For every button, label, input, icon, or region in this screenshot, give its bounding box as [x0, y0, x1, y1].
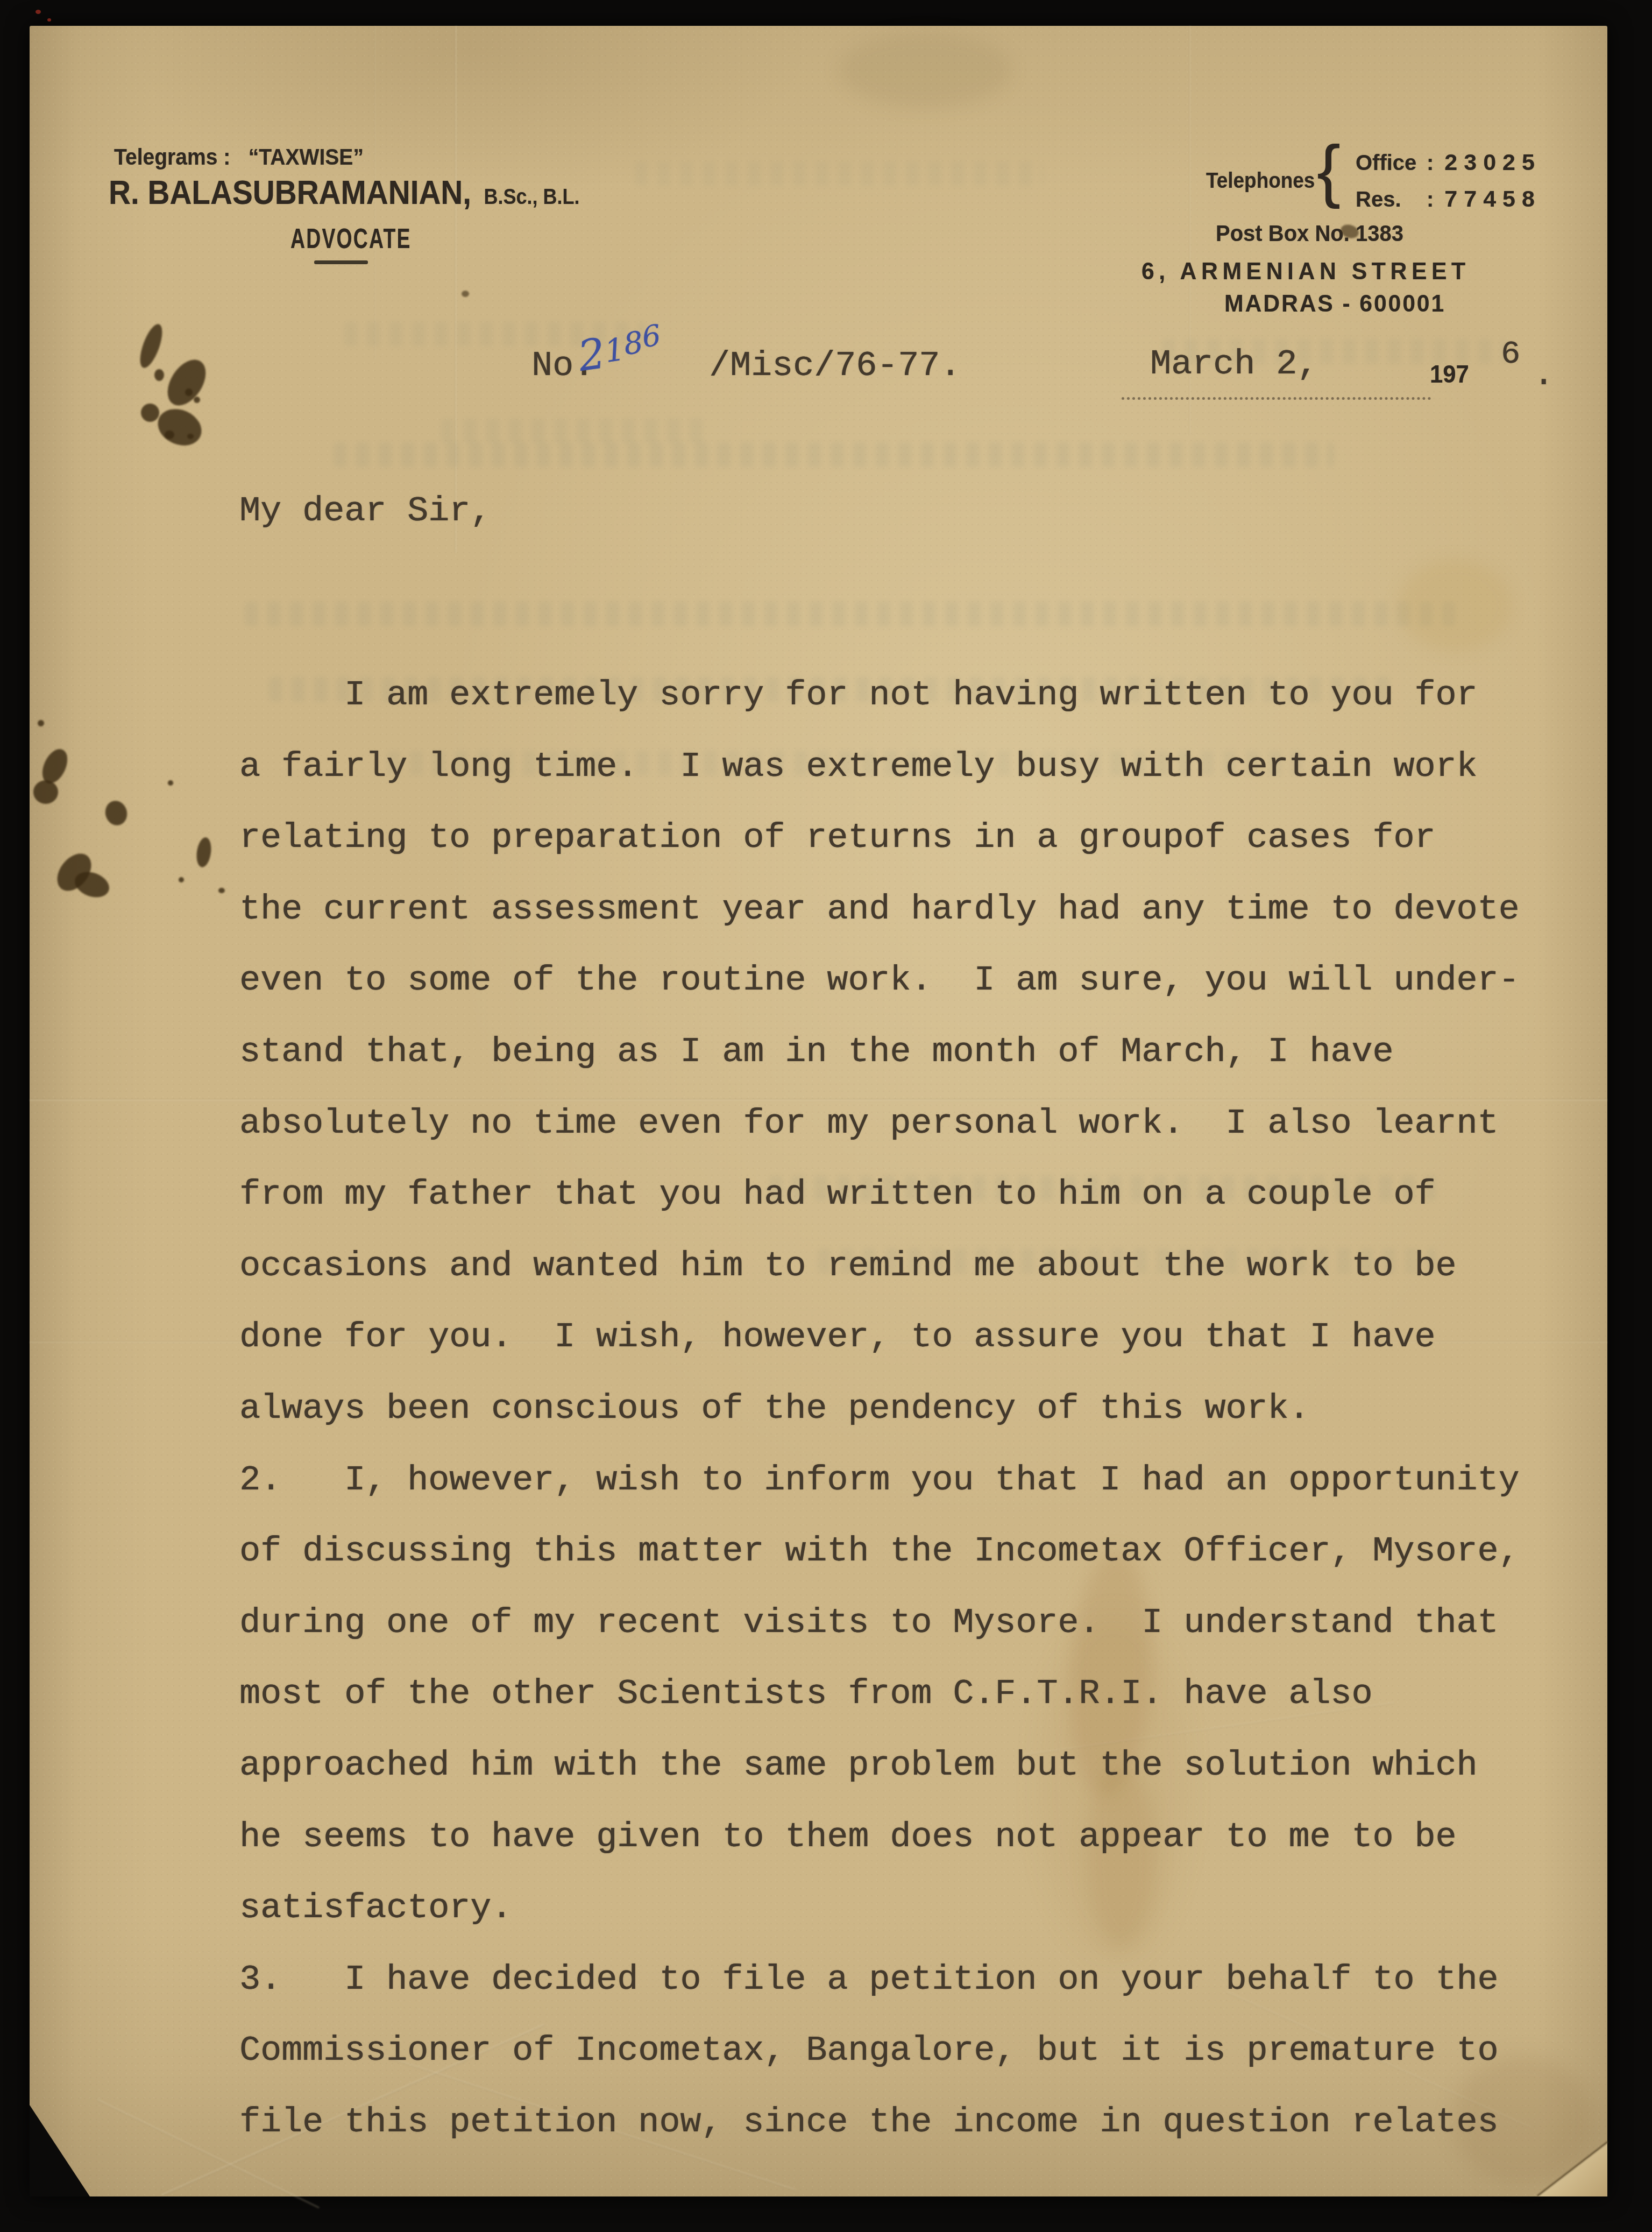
advocate-title: ADVOCATE [290, 223, 412, 255]
telephones-brace: { [1317, 136, 1341, 205]
body-line: even to some of the routine work. I am s… [239, 945, 1519, 1016]
phone-office-label: Office [1356, 151, 1427, 175]
telegrams-label: Telegrams : [114, 144, 230, 169]
ink-blot [165, 430, 174, 439]
phone-res-row: Res.:77458 [1356, 186, 1541, 213]
body-line: of discussing this matter with the Incom… [239, 1516, 1519, 1587]
advocate-degrees: B.Sc., B.L. [484, 185, 579, 209]
city-address: MADRAS - 600001 [1224, 289, 1445, 317]
ref-number-suffix: /Misc/76-77. [709, 347, 961, 385]
post-box: Post Box No. 1383 [1216, 221, 1403, 247]
ink-blot [141, 404, 159, 422]
body-line: most of the other Scientists from C.F.T.… [239, 1658, 1519, 1730]
body-line: stand that, being as I am in the month o… [239, 1016, 1519, 1088]
ink-blot [194, 397, 200, 403]
body-line: relating to preparation of returns in a … [239, 802, 1519, 874]
body-line: satisfactory. [239, 1873, 1519, 1944]
street-address: 6, ARMENIAN STREET [1141, 257, 1470, 285]
telegrams-line: Telegrams :“TAXWISE” [114, 144, 364, 170]
ink-blot [462, 291, 469, 297]
vertical-fold-crease [455, 26, 457, 553]
scanned-letter-page: Telegrams :“TAXWISE” R. BALASUBRAMANIAN,… [0, 0, 1652, 2232]
ink-blot [185, 389, 193, 396]
body-line: 3. I have decided to file a petition on … [239, 1944, 1519, 2016]
body-line: from my father that you had written to h… [239, 1159, 1519, 1231]
body-line: the current assessment year and hardly h… [239, 874, 1519, 945]
bleedthrough-ghost-text [334, 442, 1334, 467]
colon: : [1427, 188, 1434, 211]
ink-blot [218, 888, 225, 893]
body-line: during one of my recent visits to Mysore… [239, 1587, 1519, 1659]
ink-blot [38, 720, 44, 726]
advocate-name-line: R. BALASUBRAMANIAN,B.Sc., B.L. [109, 173, 580, 212]
letter-body: I am extremely sorry for not having writ… [239, 547, 1519, 2158]
colon: : [1427, 151, 1434, 175]
bleedthrough-ghost-text [635, 161, 1044, 186]
ink-blot [187, 434, 194, 439]
phone-office-number: 23025 [1444, 150, 1541, 175]
body-line: I am extremely sorry for not having writ… [239, 660, 1519, 731]
scan-speck [36, 10, 41, 14]
body-line: file this petition now, since the income… [239, 2087, 1519, 2158]
year-printed: 197 [1430, 359, 1469, 389]
phone-office-row: Office:23025 [1356, 150, 1541, 176]
body-line: approached him with the same problem but… [239, 1730, 1519, 1802]
year-suffix-typed: 6 [1501, 336, 1520, 373]
body-line: absolutely no time even for my personal … [239, 1088, 1519, 1160]
ink-blot [168, 780, 173, 786]
body-line: Commissioner of Incometax, Bangalore, bu… [239, 2015, 1519, 2087]
ink-blot [33, 780, 58, 804]
phone-res-number: 77458 [1444, 186, 1541, 212]
paper-stain [839, 32, 1011, 108]
date-period: . [1533, 356, 1554, 394]
letterhead-rule [314, 260, 368, 264]
advocate-name: R. BALASUBRAMANIAN, [109, 174, 471, 211]
body-line: occasions and wanted him to remind me ab… [239, 1231, 1519, 1302]
ink-blot [154, 369, 164, 381]
telephones-label: Telephones [1206, 168, 1315, 193]
salutation: My dear Sir, [239, 476, 491, 547]
date-dotted-line [1122, 373, 1431, 400]
bleedthrough-ghost-text [441, 419, 710, 443]
telegrams-value: “TAXWISE” [249, 144, 364, 169]
body-line: 2. I, however, wish to inform you that I… [239, 1445, 1519, 1516]
scan-speck [47, 18, 51, 22]
body-line: he seems to have given to them does not … [239, 1802, 1519, 1873]
phone-res-label: Res. [1356, 188, 1427, 212]
body-line: done for you. I wish, however, to assure… [239, 1302, 1519, 1373]
body-line: always been conscious of the pendency of… [239, 1373, 1519, 1445]
ink-blot [179, 877, 184, 882]
body-line: a fairly long time. I was extremely busy… [239, 731, 1519, 803]
